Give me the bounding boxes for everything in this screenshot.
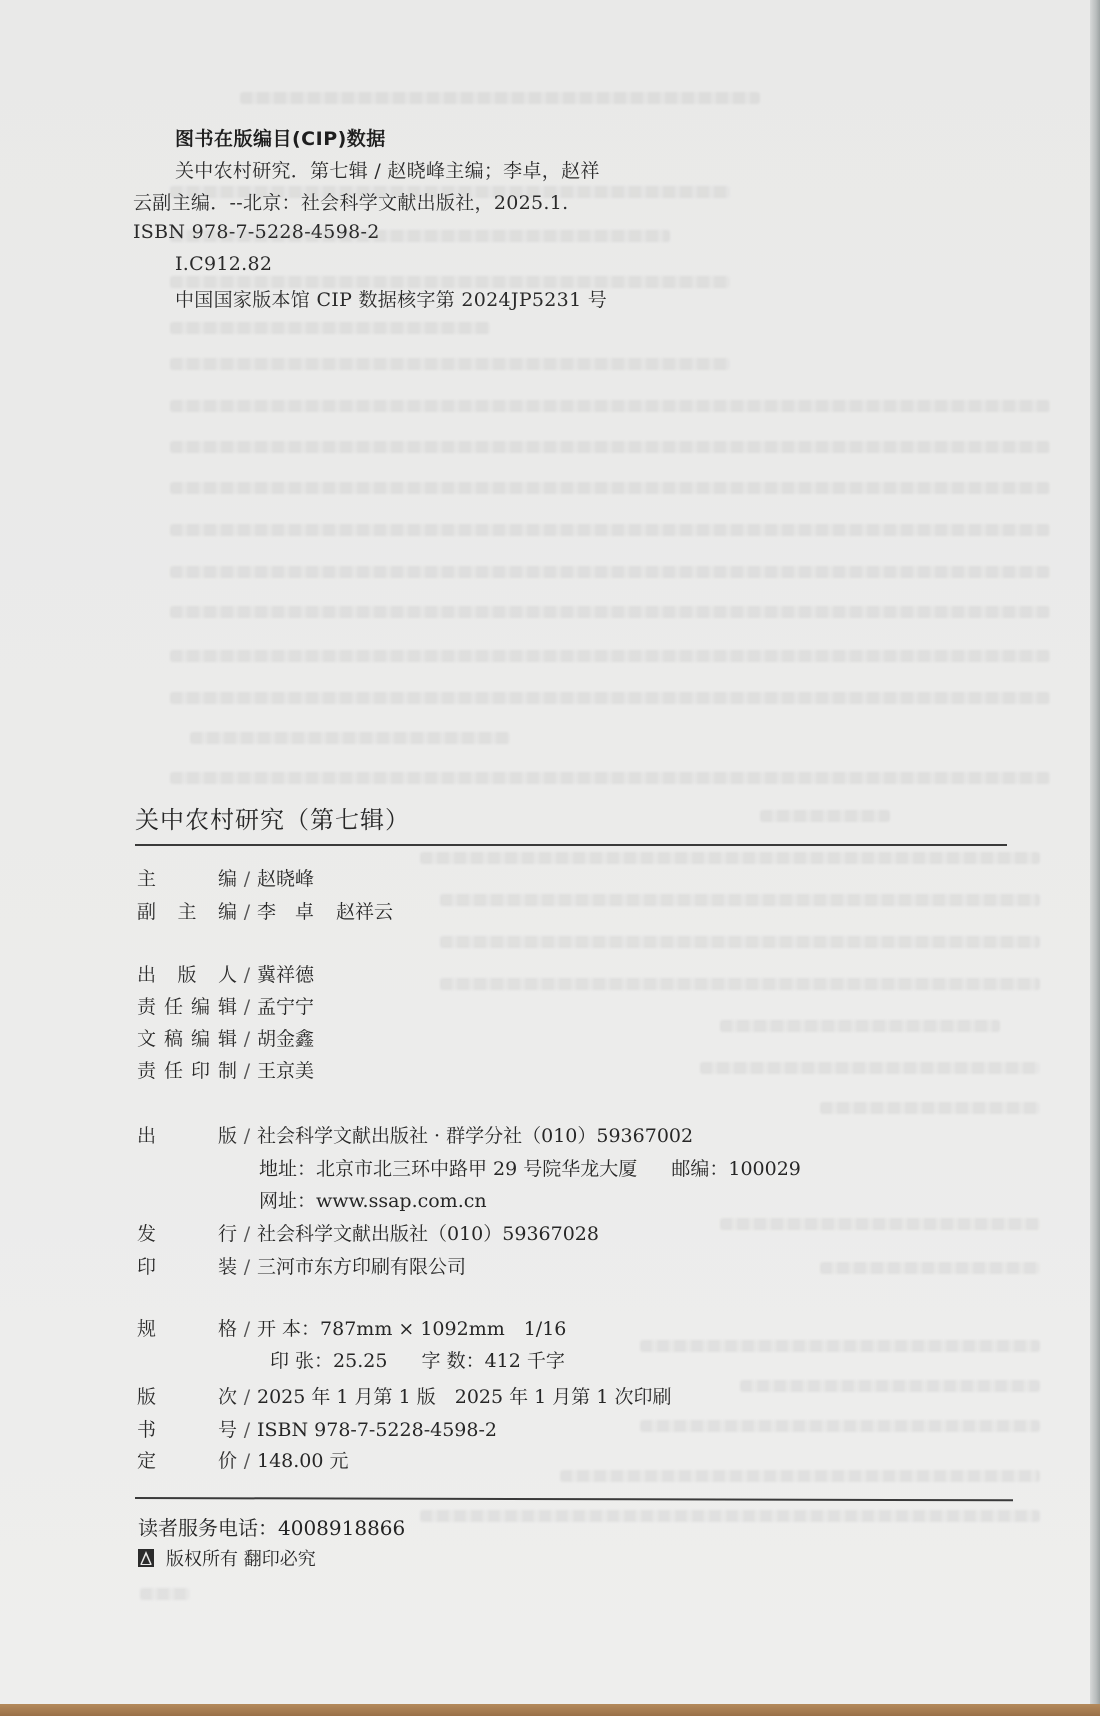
credit-value: 赵晓峰 <box>257 864 314 891</box>
spec-sheets: 印 张：25.25 <box>270 1350 387 1372</box>
credit-manuscript-editor: 文 稿 编 辑 / 胡金鑫 <box>137 1024 314 1051</box>
credit-responsible-editor: 责 任 编 辑 / 孟宁宁 <box>137 992 314 1019</box>
cip-classification: Ⅰ.C912.82 <box>175 253 272 275</box>
pub-label: 印 装 <box>137 1252 237 1279</box>
cip-isbn: ISBN 978-7-5228-4598-2 <box>133 221 380 243</box>
separator: / <box>237 1318 257 1340</box>
pub-address-line: 地址：北京市北三环中路甲 29 号院华龙大厦 邮编：100029 <box>259 1154 801 1181</box>
ssap-logo-icon <box>138 1549 154 1567</box>
credit-value: 孟宁宁 <box>257 992 314 1019</box>
pub-website: 网址：www.ssap.com.cn <box>259 1186 487 1213</box>
separator: / <box>237 996 257 1018</box>
pub-distribution: 发 行 / 社会科学文献出版社（010）59367028 <box>137 1219 599 1246</box>
cip-heading: 图书在版编目(CIP)数据 <box>175 124 386 151</box>
pub-address: 地址：北京市北三环中路甲 29 号院华龙大厦 <box>259 1158 637 1180</box>
spec-label: 书 号 <box>137 1415 237 1442</box>
credit-value: 王京美 <box>257 1056 314 1083</box>
credit-label: 出 版 人 <box>137 960 237 987</box>
credit-label: 责 任 印 制 <box>137 1056 237 1083</box>
credit-print-supervisor: 责 任 印 制 / 王京美 <box>137 1056 314 1083</box>
page-edge <box>1090 0 1100 1704</box>
separator: / <box>237 901 257 923</box>
separator: / <box>237 1450 257 1472</box>
credit-value: 李 卓 <box>257 897 314 924</box>
spec-isbn: 书 号 / ISBN 978-7-5228-4598-2 <box>137 1415 497 1442</box>
credit-label: 副 主 编 <box>137 897 237 924</box>
pub-postcode: 邮编：100029 <box>671 1158 801 1180</box>
pub-label: 发 行 <box>137 1219 237 1246</box>
title-rule <box>135 844 1007 846</box>
pub-value: 三河市东方印刷有限公司 <box>257 1252 466 1279</box>
separator: / <box>237 964 257 986</box>
separator: / <box>237 1223 257 1245</box>
spec-label: 定 价 <box>137 1446 237 1473</box>
separator: / <box>237 1386 257 1408</box>
credit-editor: 主 编 / 赵晓峰 <box>137 864 314 891</box>
spec-edition: 版 次 / 2025 年 1 月第 1 版 2025 年 1 月第 1 次印刷 <box>137 1382 671 1409</box>
separator: / <box>237 1060 257 1082</box>
credit-label: 文 稿 编 辑 <box>137 1024 237 1051</box>
credit-label: 主 编 <box>137 864 237 891</box>
separator: / <box>237 1125 257 1147</box>
reader-service-phone: 读者服务电话：4008918866 <box>138 1512 405 1541</box>
spec-format: 规 格 / 开 本：787mm × 1092mm 1/16 <box>137 1314 566 1341</box>
separator: / <box>237 1028 257 1050</box>
spec-value: 2025 年 1 月第 1 版 2025 年 1 月第 1 次印刷 <box>257 1382 671 1409</box>
separator: / <box>237 868 257 890</box>
credit-value: 赵祥云 <box>336 897 393 924</box>
credit-label: 责 任 编 辑 <box>137 992 237 1019</box>
copyright-text: 版权所有 翻印必究 <box>166 1545 316 1571</box>
book-title: 关中农村研究（第七辑） <box>135 800 410 835</box>
spec-label: 版 次 <box>137 1382 237 1409</box>
separator: / <box>237 1256 257 1278</box>
pub-publisher: 出 版 / 社会科学文献出版社 · 群学分社（010）59367002 <box>137 1121 693 1148</box>
pub-label: 出 版 <box>137 1121 237 1148</box>
spec-sheets-line: 印 张：25.25 字 数：412 千字 <box>270 1346 565 1373</box>
cip-line-1: 关中农村研究．第七辑 / 赵晓峰主编；李卓，赵祥 <box>175 156 600 183</box>
pub-printing: 印 装 / 三河市东方印刷有限公司 <box>137 1252 466 1279</box>
credit-publisher-person: 出 版 人 / 冀祥德 <box>137 960 314 987</box>
spec-price: 定 价 / 148.00 元 <box>137 1446 349 1473</box>
spec-label: 规 格 <box>137 1314 237 1341</box>
spec-value: 开 本：787mm × 1092mm 1/16 <box>257 1314 566 1341</box>
pub-value: 社会科学文献出版社 · 群学分社（010）59367002 <box>257 1121 693 1148</box>
spec-value: 148.00 元 <box>257 1446 349 1473</box>
pub-value: 社会科学文献出版社（010）59367028 <box>257 1219 599 1246</box>
spec-value: ISBN 978-7-5228-4598-2 <box>257 1419 497 1441</box>
separator: / <box>237 1419 257 1441</box>
desk-surface <box>0 1704 1100 1716</box>
credit-value: 胡金鑫 <box>257 1024 314 1051</box>
copyright-notice: 版权所有 翻印必究 <box>138 1545 316 1571</box>
spec-word-count: 字 数：412 千字 <box>422 1350 565 1372</box>
credit-value: 冀祥德 <box>257 960 314 987</box>
cip-line-2: 云副主编．--北京：社会科学文献出版社，2025.1. <box>133 188 568 215</box>
cip-record-number: 中国国家版本馆 CIP 数据核字第 2024JP5231 号 <box>175 285 607 312</box>
credit-deputy-editors: 副 主 编 / 李 卓 赵祥云 <box>137 897 393 924</box>
